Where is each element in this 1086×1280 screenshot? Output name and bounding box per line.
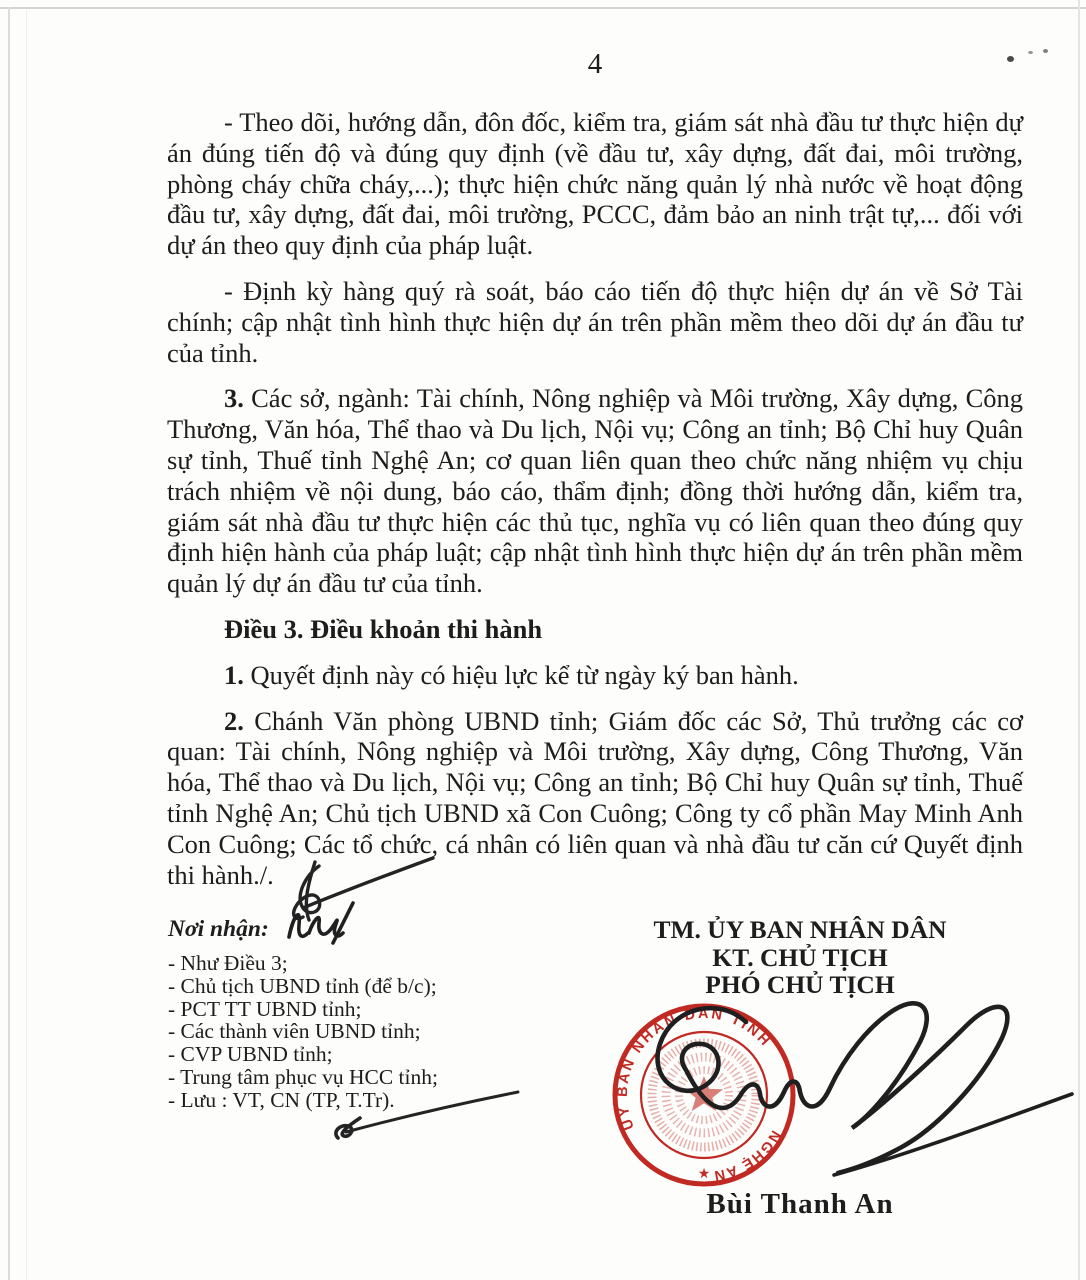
recipient-item: - Chủ tịch UBND tỉnh (để b/c); bbox=[168, 975, 498, 998]
page-number: 4 bbox=[167, 48, 1023, 81]
pen-flourish bbox=[308, 1086, 523, 1141]
paragraph-item-3: 3. Các sở, ngành: Tài chính, Nông nghiệp… bbox=[167, 383, 1023, 599]
signer-name: Bùi Thanh An bbox=[575, 1188, 1025, 1221]
paragraph-lead: 3. bbox=[224, 383, 244, 413]
paragraph-lead: 2. bbox=[224, 706, 244, 736]
paragraph-lead: 1. bbox=[224, 660, 244, 690]
recipients-section: Nơi nhận: - Như Điều 3; - Chủ tịch UBND … bbox=[168, 916, 498, 1112]
article-3-heading: Điều 3. Điều khoản thi hành bbox=[167, 614, 1023, 645]
authority-line-1: TM. ỦY BAN NHÂN DÂN bbox=[575, 916, 1025, 944]
scan-speck bbox=[1043, 49, 1048, 53]
paragraph-text: Quyết định này có hiệu lực kể từ ngày ký… bbox=[244, 660, 799, 690]
scan-speck bbox=[1028, 51, 1033, 54]
paragraph-item-1-effect: 1. Quyết định này có hiệu lực kể từ ngày… bbox=[167, 660, 1023, 691]
scan-edge-left-2 bbox=[26, 10, 27, 1280]
signature-authority-block: TM. ỦY BAN NHÂN DÂN KT. CHỦ TỊCH PHÓ CHỦ… bbox=[575, 916, 1025, 999]
recipient-item: - PCT TT UBND tỉnh; bbox=[168, 998, 498, 1021]
paragraph-monitoring: - Theo dõi, hướng dẫn, đôn đốc, kiểm tra… bbox=[167, 107, 1023, 261]
paragraph-text: - Theo dõi, hướng dẫn, đôn đốc, kiểm tra… bbox=[167, 107, 1023, 260]
recipient-item: - Như Điều 3; bbox=[168, 952, 498, 975]
scan-edge-top bbox=[0, 7, 1086, 9]
heading-text: Điều 3. Điều khoản thi hành bbox=[224, 614, 542, 644]
document-page: 4 - Theo dõi, hướng dẫn, đôn đốc, kiểm t… bbox=[167, 48, 1023, 905]
paragraph-text: - Định kỳ hàng quý rà soát, báo cáo tiến… bbox=[167, 276, 1023, 368]
handwritten-initials bbox=[283, 899, 363, 945]
scan-edge-left bbox=[8, 7, 10, 1280]
paragraph-text: Các sở, ngành: Tài chính, Nông nghiệp và… bbox=[167, 383, 1023, 598]
authority-line-2: KT. CHỦ TỊCH bbox=[575, 944, 1025, 972]
recipient-item: - Các thành viên UBND tỉnh; bbox=[168, 1020, 498, 1043]
recipient-item: - CVP UBND tỉnh; bbox=[168, 1043, 498, 1066]
paragraph-quarterly-report: - Định kỳ hàng quý rà soát, báo cáo tiến… bbox=[167, 276, 1023, 368]
handwritten-signature bbox=[598, 988, 1080, 1188]
